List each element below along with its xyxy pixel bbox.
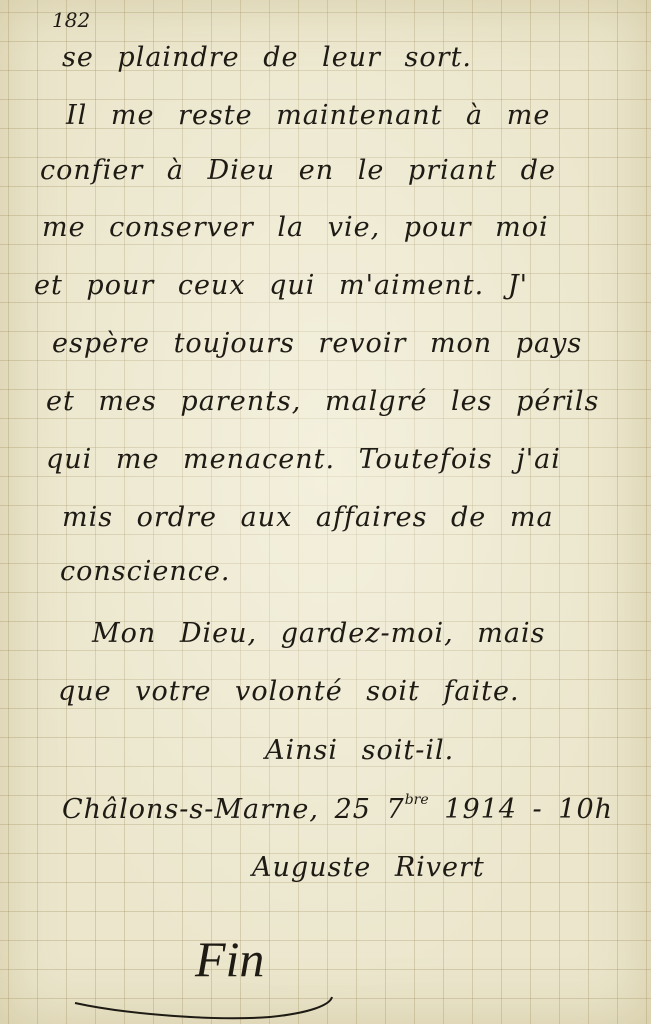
text-line-4: me conserver la vie, pour moi xyxy=(42,212,549,243)
text-line-12: que votre volonté soit faite. xyxy=(58,676,520,707)
dateline: Châlons-s-Marne, 25 7bre 1914 - 10h xyxy=(62,792,613,825)
closing-fin: Fin xyxy=(195,930,264,988)
text-line-13: Ainsi soit-il. xyxy=(265,735,454,766)
dateline-day: 25 xyxy=(335,794,371,825)
text-line-8: qui me menacent. Toutefois j'ai xyxy=(46,444,561,475)
text-line-10: conscience. xyxy=(60,556,230,587)
dateline-month: 7 xyxy=(387,794,405,825)
dateline-month-superscript: bre xyxy=(405,792,429,808)
text-line-5: et pour ceux qui m'aiment. J' xyxy=(34,270,528,301)
text-line-7: et mes parents, malgré les périls xyxy=(46,386,599,417)
text-line-6: espère toujours revoir mon pays xyxy=(52,328,582,359)
text-line-11: Mon Dieu, gardez-moi, mais xyxy=(92,618,545,649)
text-line-1: se plaindre de leur sort. xyxy=(62,42,472,73)
letter-page: 182 se plaindre de leur sort. Il me rest… xyxy=(0,0,651,1024)
text-line-2: Il me reste maintenant à me xyxy=(66,100,550,131)
flourish-underline-icon xyxy=(70,995,340,1023)
text-line-9: mis ordre aux affaires de ma xyxy=(62,502,554,533)
page-number: 182 xyxy=(52,8,90,32)
text-line-3: confier à Dieu en le priant de xyxy=(40,155,556,186)
dateline-year-time: 1914 - 10h xyxy=(444,794,613,825)
signature: Auguste Rivert xyxy=(252,852,485,883)
dateline-place: Châlons-s-Marne, xyxy=(62,794,319,825)
